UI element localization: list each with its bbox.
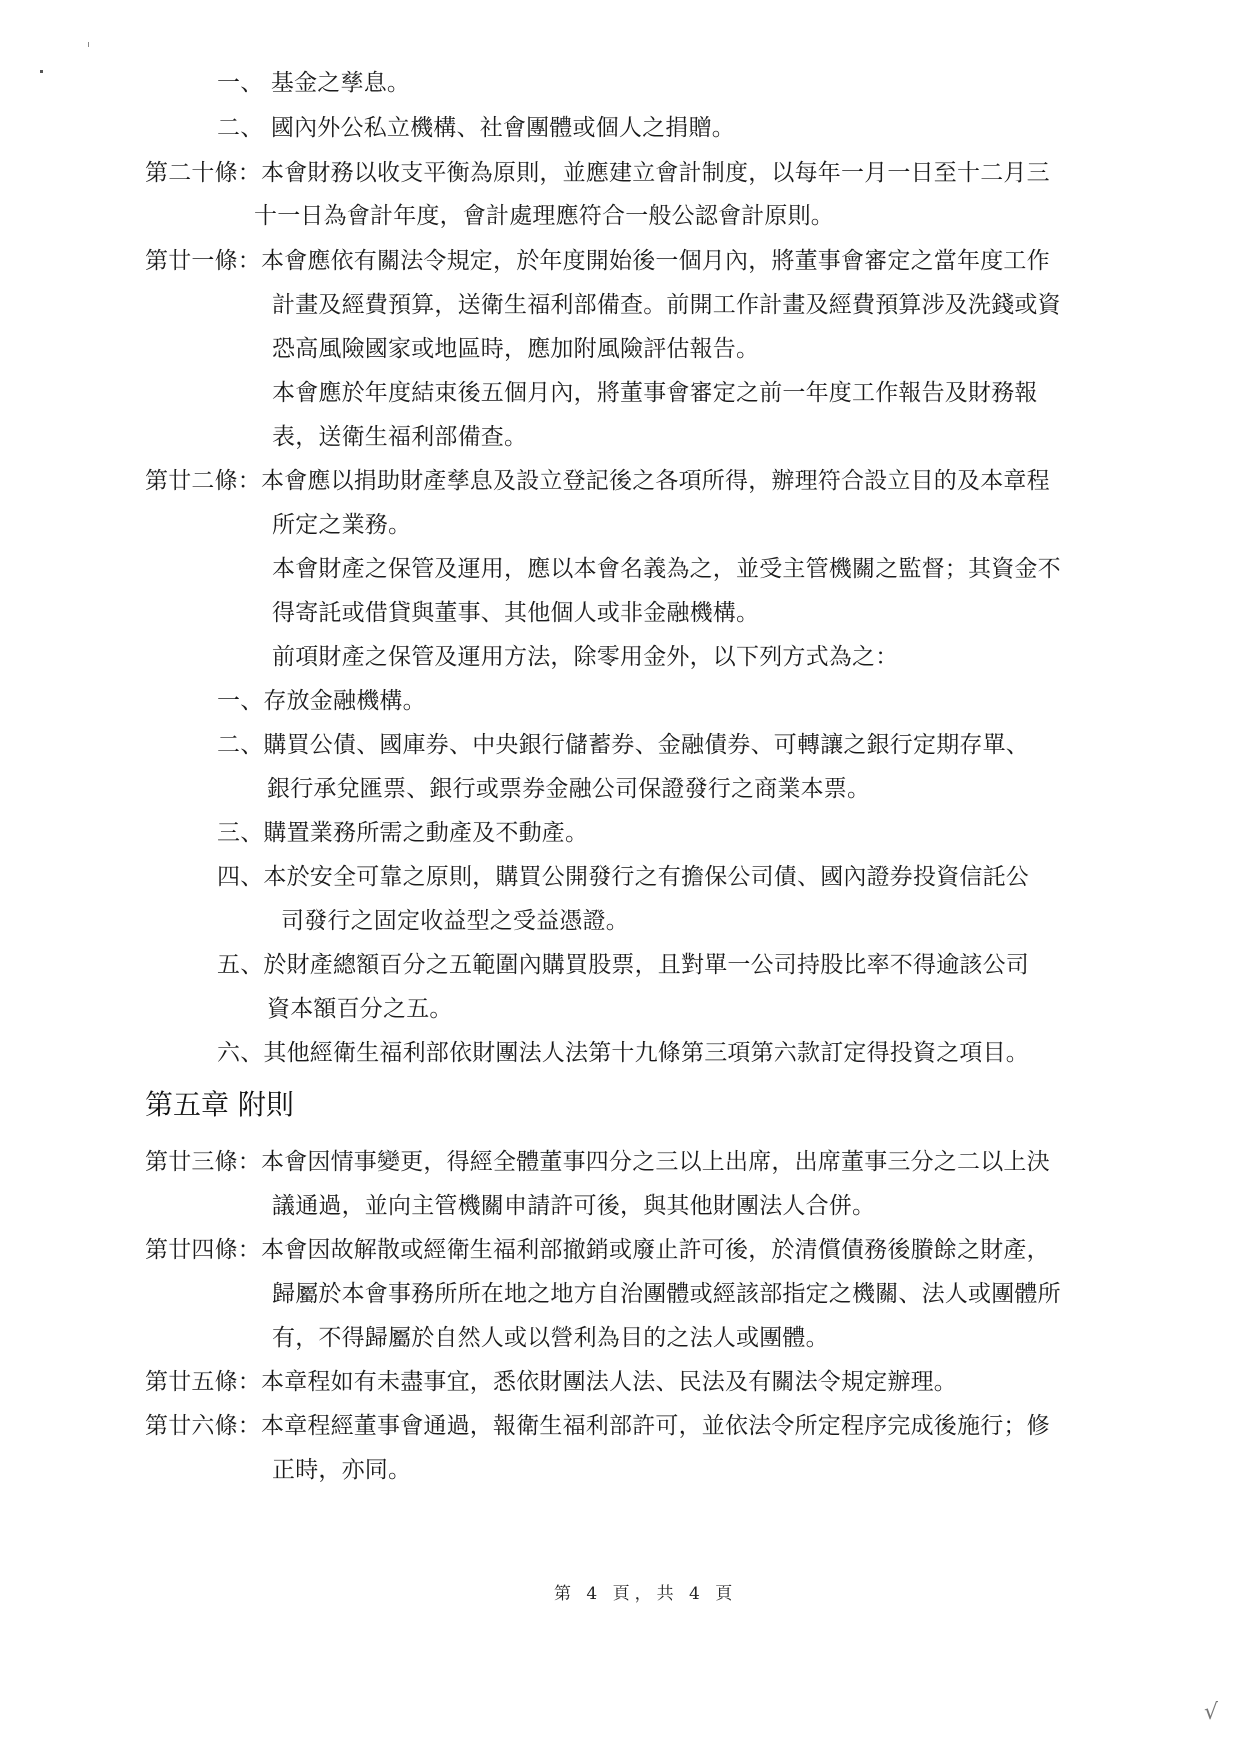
- article-25-line: 第廿五條：本章程如有未盡事宜，悉依財團法人法、民法及有關法令規定辦理。: [145, 1367, 957, 1397]
- chapter-heading: 第五章 附則: [145, 1088, 294, 1122]
- list-item: 一、存放金融機構。: [217, 686, 426, 716]
- article-24-line: 第廿四條：本會因故解散或經衛生福利部撤銷或廢止許可後，於清償債務後賸餘之財產，: [145, 1235, 1050, 1265]
- text-line: 十一日為會計年度，會計處理應符合一般公認會計原則。: [254, 201, 834, 231]
- text-line: 表，送衛生福利部備查。: [272, 422, 527, 452]
- text-line: 得寄託或借貸與董事、其他個人或非金融機構。: [272, 598, 759, 628]
- page-number: 第 4 頁，共 4 頁: [554, 1583, 737, 1605]
- scan-speck: [88, 42, 89, 47]
- article-21-line: 第廿一條：本會應依有關法令規定，於年度開始後一個月內，將董事會審定之當年度工作: [145, 246, 1050, 276]
- list-item: 六、其他經衛生福利部依財團法人法第十九條第三項第六款訂定得投資之項目。: [217, 1038, 1029, 1068]
- text-line: 本會財產之保管及運用，應以本會名義為之，並受主管機關之監督；其資金不: [272, 554, 1061, 584]
- text-line: 所定之業務。: [272, 510, 411, 540]
- text-line: 銀行承兌匯票、銀行或票券金融公司保證發行之商業本票。: [267, 774, 870, 804]
- check-mark-icon: √: [1204, 1700, 1218, 1725]
- article-26-line: 第廿六條：本章程經董事會通過，報衛生福利部許可，並依法令所定程序完成後施行；修: [145, 1411, 1050, 1441]
- list-item: 三、購置業務所需之動產及不動產。: [217, 818, 588, 848]
- text-line: 有，不得歸屬於自然人或以營利為目的之法人或團體。: [272, 1323, 829, 1353]
- text-line: 本會應於年度結束後五個月內，將董事會審定之前一年度工作報告及財務報: [272, 378, 1038, 408]
- text-line: 議通過，並向主管機關申請許可後，與其他財團法人合併。: [272, 1191, 875, 1221]
- text-line: 前項財產之保管及運用方法，除零用金外，以下列方式為之：: [272, 642, 898, 672]
- text-line: 一、 基金之孳息。: [217, 68, 410, 98]
- text-line: 正時，亦同。: [272, 1455, 411, 1485]
- article-22-line: 第廿二條：本會應以捐助財產孳息及設立登記後之各項所得，辦理符合設立目的及本章程: [145, 466, 1050, 496]
- list-item: 五、於財產總額百分之五範圍內購買股票，且對單一公司持股比率不得逾該公司: [217, 950, 1029, 980]
- scan-speck: [40, 70, 43, 73]
- text-line: 資本額百分之五。: [267, 994, 453, 1024]
- text-line: 恐高風險國家或地區時，應加附風險評估報告。: [272, 334, 759, 364]
- text-line: 計畫及經費預算，送衛生福利部備查。前開工作計畫及經費預算涉及洗錢或資: [272, 290, 1061, 320]
- list-item: 二、購買公債、國庫券、中央銀行儲蓄券、金融債券、可轉讓之銀行定期存單、: [217, 730, 1029, 760]
- text-line: 司發行之固定收益型之受益憑證。: [281, 906, 629, 936]
- article-20-line: 第二十條：本會財務以收支平衡為原則，並應建立會計制度，以每年一月一日至十二月三: [145, 158, 1050, 188]
- list-item: 四、本於安全可靠之原則，購買公開發行之有擔保公司債、國內證券投資信託公: [217, 862, 1029, 892]
- text-line: 二、 國內外公私立機構、社會團體或個人之捐贈。: [217, 113, 735, 143]
- text-line: 歸屬於本會事務所所在地之地方自治團體或經該部指定之機關、法人或團體所: [272, 1279, 1061, 1309]
- article-23-line: 第廿三條：本會因情事變更，得經全體董事四分之三以上出席，出席董事三分之二以上決: [145, 1147, 1050, 1177]
